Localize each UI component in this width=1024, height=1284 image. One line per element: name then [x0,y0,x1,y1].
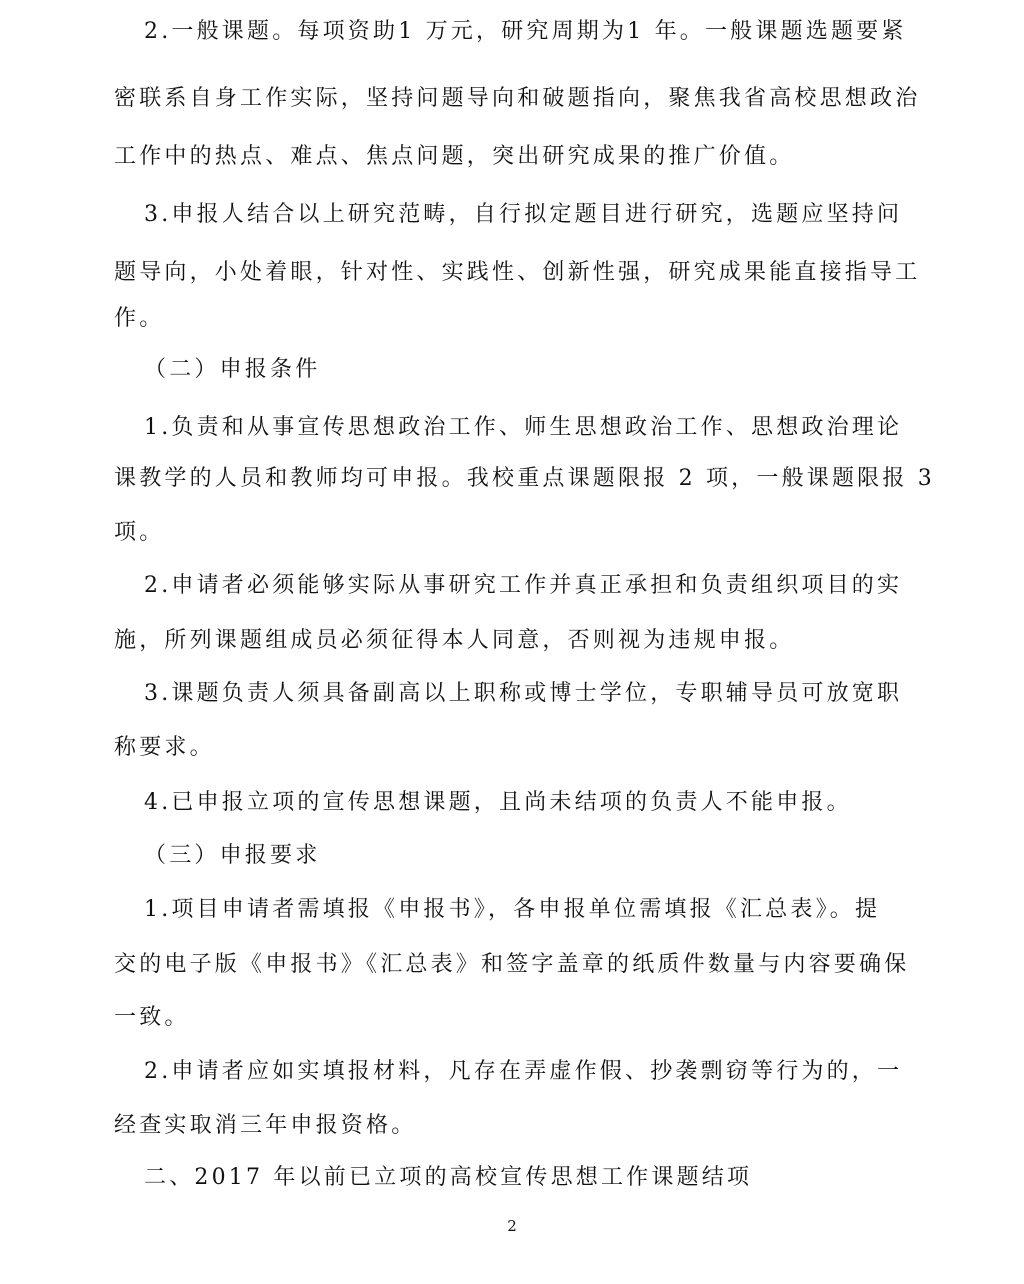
paragraph-line: 3.课题负责人须具备副高以上职称或博士学位，专职辅导员可放宽职 [144,679,902,709]
paragraph-line: 2.一般课题。每项资助1 万元，研究周期为1 年。一般课题选题要紧 [144,17,907,47]
paragraph-line: 交的电子版《申报书》《汇总表》和签字盖章的纸质件数量与内容要确保 [114,950,909,980]
paragraph-line: 3.申报人结合以上研究范畴，自行拟定题目进行研究，选题应坚持问 [144,200,902,230]
paragraph-line: 密联系自身工作实际，坚持问题导向和破题指向，聚焦我省高校思想政治 [114,84,920,114]
paragraph-line: 2.申请者应如实填报材料，凡存在弄虚作假、抄袭剽窃等行为的，一 [144,1057,902,1087]
paragraph-line: 4.已申报立项的宣传思想课题，且尚未结项的负责人不能申报。 [144,788,852,818]
section-heading: （二）申报条件 [144,355,320,385]
section-heading: （三）申报要求 [144,841,320,871]
paragraph-line: 2.申请者必须能够实际从事研究工作并真正承担和负责组织项目的实 [144,571,902,601]
paragraph-line: 经查实取消三年申报资格。 [114,1111,416,1141]
paragraph-line: 作。 [114,304,164,334]
paragraph-line: 1.负责和从事宣传思想政治工作、师生思想政治工作、思想政治理论 [144,413,902,443]
document-page: 2.一般课题。每项资助1 万元，研究周期为1 年。一般课题选题要紧 密联系自身工… [0,0,1024,1284]
paragraph-line: 一致。 [114,1003,190,1033]
section-heading: 二、2017 年以前已立项的高校宣传思想工作课题结项 [144,1163,752,1193]
paragraph-line: 项。 [114,518,164,548]
paragraph-line: 1.项目申请者需填报《申报书》，各申报单位需填报《汇总表》。提 [144,895,880,925]
paragraph-line: 课教学的人员和教师均可申报。我校重点课题限报 2 项，一般课题限报 3 [114,464,935,494]
page-number: 2 [0,1216,1024,1236]
paragraph-line: 称要求。 [114,733,215,763]
paragraph-line: 工作中的热点、难点、焦点问题，突出研究成果的推广价值。 [114,142,794,172]
paragraph-line: 施，所列课题组成员必须征得本人同意，否则视为违规申报。 [114,626,794,656]
paragraph-line: 题导向，小处着眼，针对性、实践性、创新性强，研究成果能直接指导工 [114,258,920,288]
